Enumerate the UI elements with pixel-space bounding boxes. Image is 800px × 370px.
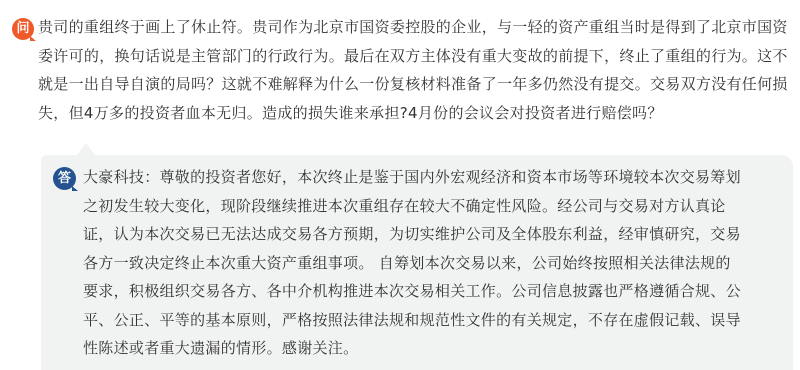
answer-text: 大豪科技：尊敬的投资者您好，本次终止是鉴于国内外宏观经济和资本市场等环境较本次交… (83, 163, 743, 363)
qa-item: 问 贵司的重组终于画上了休止符。贵司作为北京市国资委控股的企业，与一轻的资产重组… (0, 0, 800, 370)
question-icon: 问 (12, 18, 34, 40)
answer-icon: 答 (53, 167, 76, 190)
question-text: 贵司的重组终于画上了休止符。贵司作为北京市国资委控股的企业，与一轻的资产重组当时… (38, 13, 790, 127)
answer-block: 答 大豪科技：尊敬的投资者您好，本次终止是鉴于国内外宏观经济和资本市场等环境较本… (41, 155, 793, 370)
